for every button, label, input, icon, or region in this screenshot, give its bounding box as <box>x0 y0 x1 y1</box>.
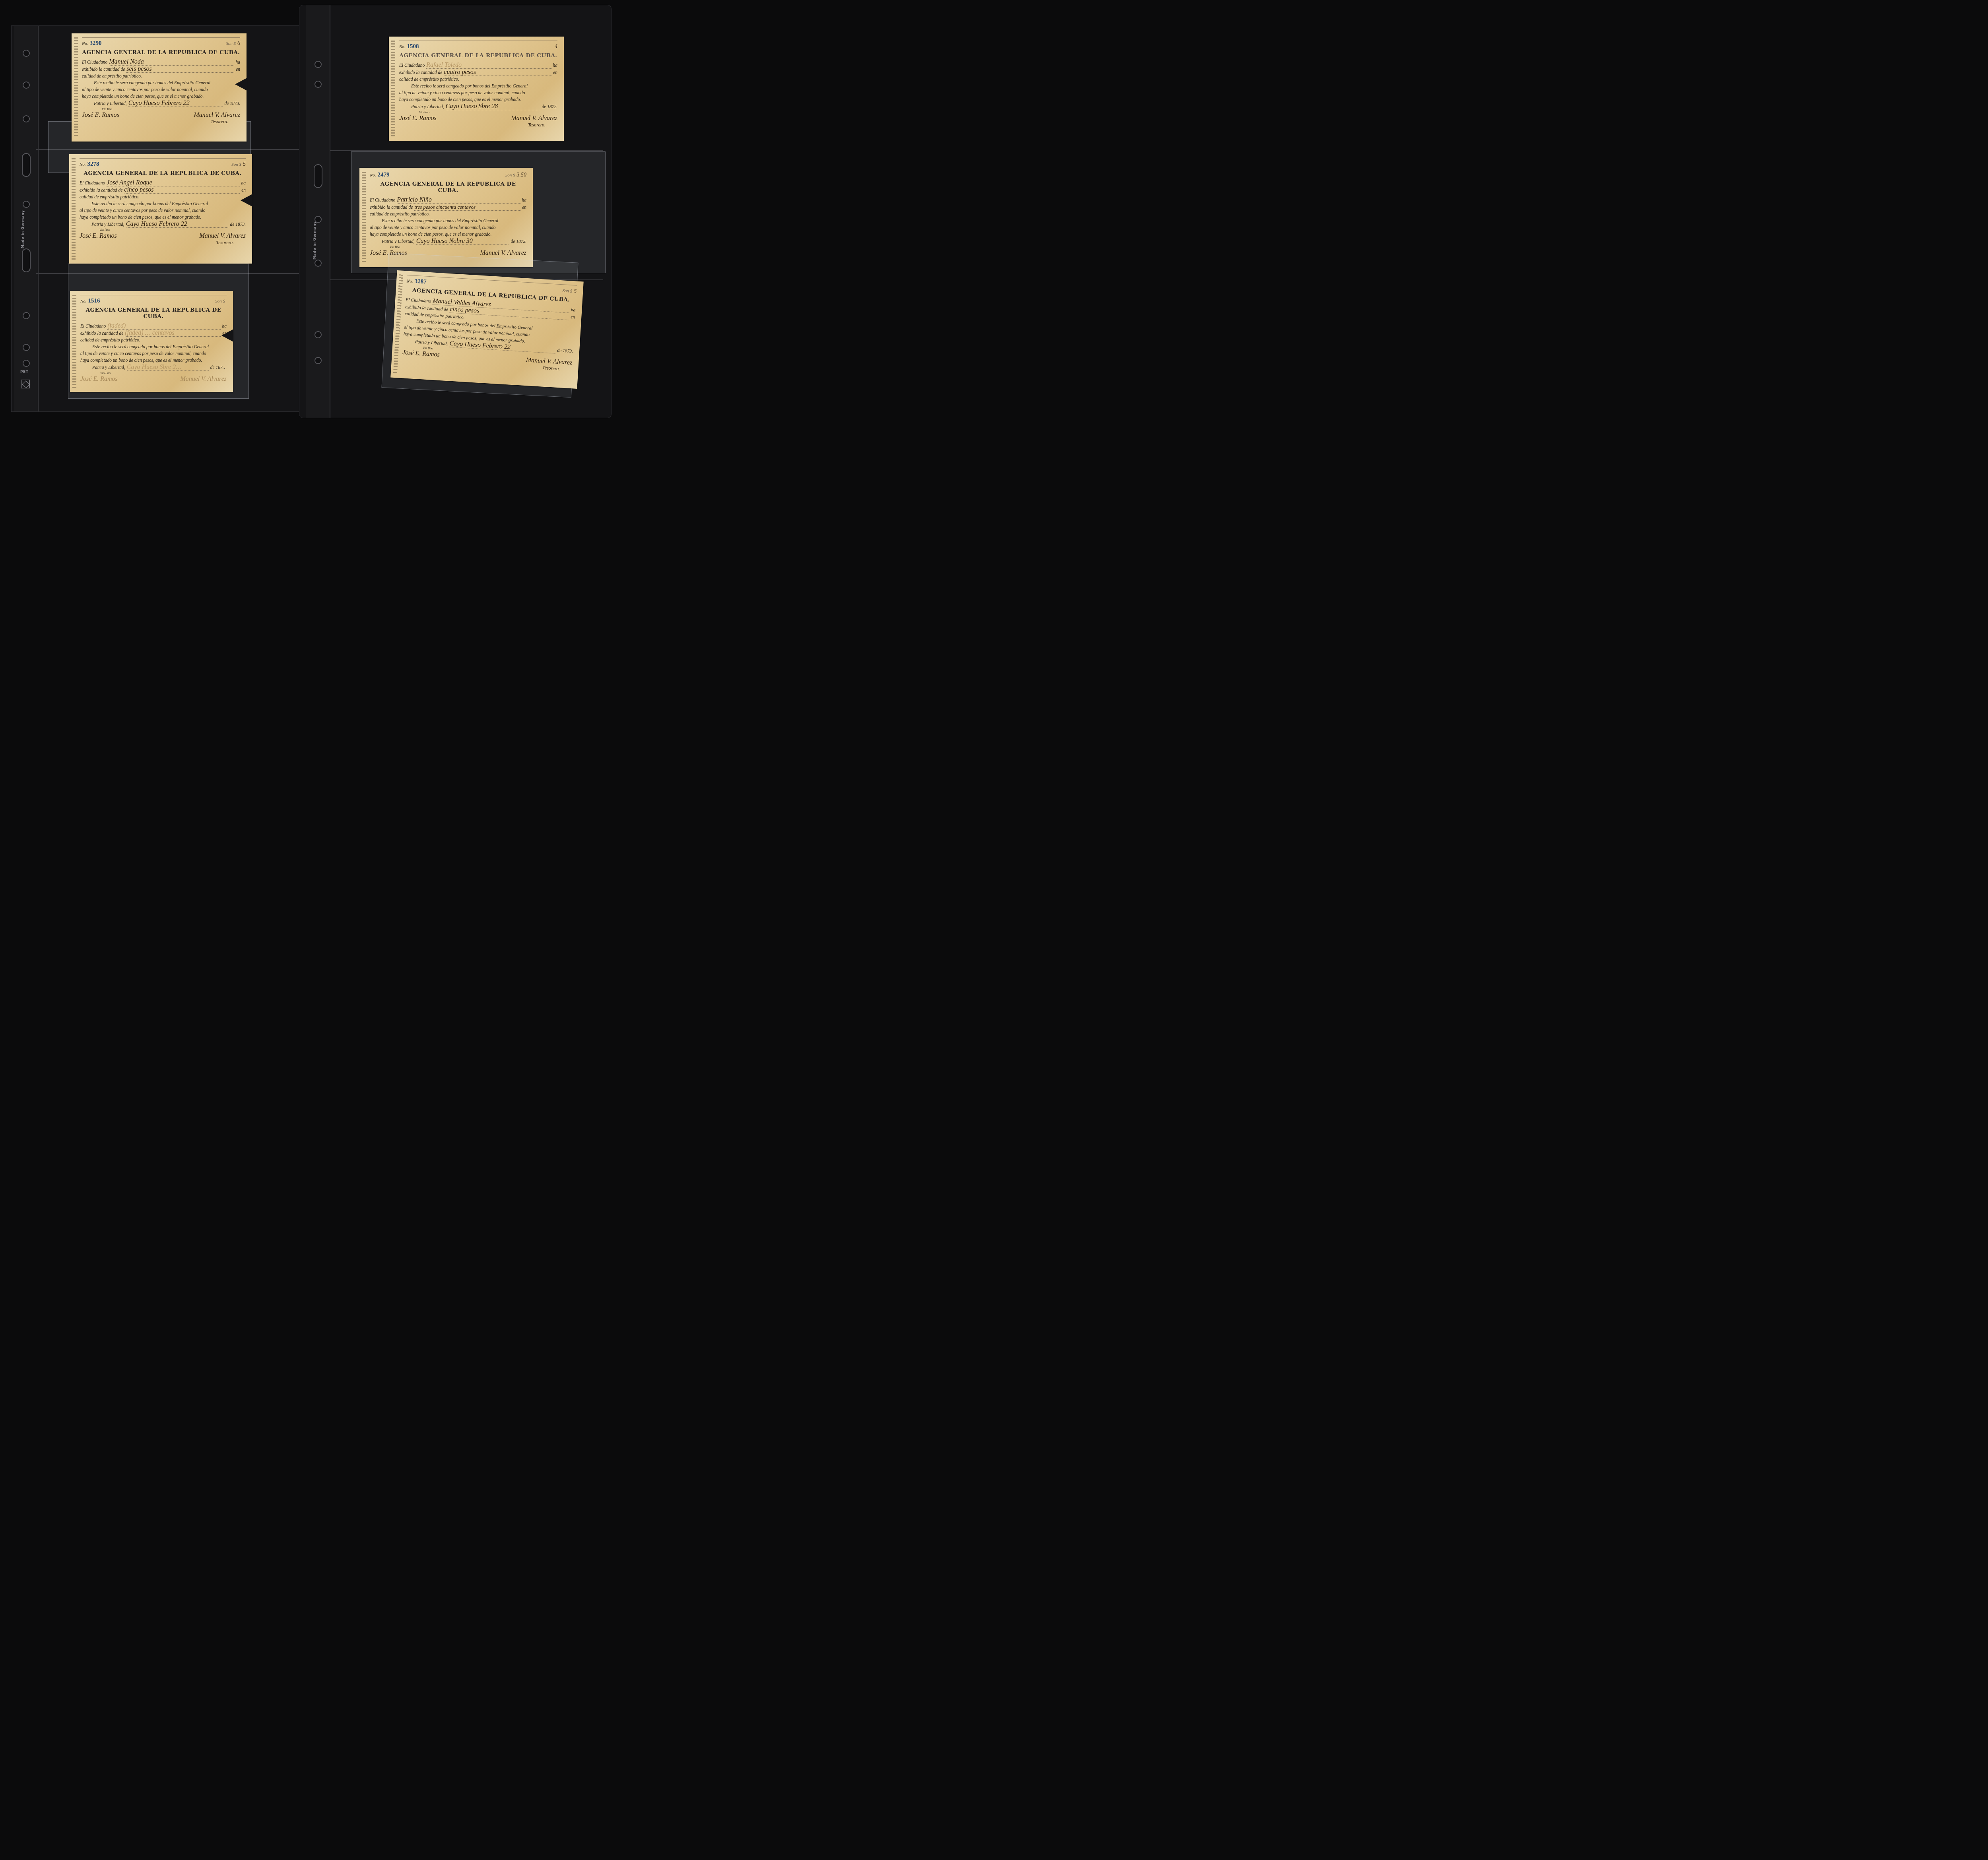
terms-line-2: al tipo de veinte y cinco centavos por p… <box>399 90 557 97</box>
binder-hole <box>23 50 30 57</box>
treasurer-signature: Manuel V. Alvarez <box>180 376 227 383</box>
son-value: 4 <box>555 44 557 50</box>
son-label: Son $ <box>226 41 236 46</box>
pocket-divider <box>330 150 603 151</box>
treasurer-signature: Manuel V. Alvarez <box>480 250 526 257</box>
ha-label: ha <box>553 62 558 69</box>
exhibido-label: exhibido la cantidad de <box>80 187 122 194</box>
ha-label: ha <box>571 307 576 314</box>
binder-hole <box>23 81 30 89</box>
de-label: de <box>224 101 229 107</box>
patria-label: Patria y Libertad, <box>382 239 415 245</box>
binder-hole <box>23 312 30 319</box>
cantidad-value: tres pesos cincuenta centavos <box>414 204 520 211</box>
son-value: 5 <box>243 161 246 167</box>
exhibido-label: exhibido la cantidad de <box>82 66 125 73</box>
calidad-line: calidad de empréstito patriótico. <box>399 76 557 83</box>
son-label: Son $ <box>231 162 241 167</box>
serial-number: 2479 <box>378 172 390 178</box>
serial-number: 3290 <box>90 40 102 47</box>
cantidad-value: cinco pesos <box>124 187 240 194</box>
serial-number: 1516 <box>88 298 100 304</box>
ciudadano-label: El Ciudadano <box>80 323 106 330</box>
made-in-germany-emboss: Made in Germany <box>313 221 317 260</box>
no-label: No. <box>82 41 88 46</box>
no-label: No. <box>80 162 86 167</box>
binder-hole <box>23 344 30 351</box>
ciudadano-label: El Ciudadano <box>80 180 105 187</box>
no-label: No. <box>407 279 413 284</box>
exhibido-label: exhibido la cantidad de <box>370 204 413 211</box>
no-label: No. <box>399 45 406 49</box>
year: 187… <box>216 365 227 371</box>
year: 1872. <box>547 104 557 111</box>
treasurer-signature: Manuel V. Alvarez <box>194 112 240 119</box>
terms-line-3: haya completado un bono de cien pesos, q… <box>80 214 246 221</box>
terms-line-3: haya completado un bono de cien pesos, q… <box>80 357 227 364</box>
terms-line-1: Este recibo le será cangeado por bonos d… <box>82 80 240 87</box>
pet-emboss: PET <box>20 370 28 374</box>
serial-number: 1508 <box>407 43 419 50</box>
ciudadano-label: El Ciudadano <box>399 62 425 69</box>
en-label: en <box>571 314 575 321</box>
countersign-signature: José E. Ramos <box>80 233 117 240</box>
de-label: de <box>210 365 215 371</box>
terms-line-1: Este recibo le será cangeado por bonos d… <box>370 218 526 225</box>
calidad-line: calidad de empréstito patriótico. <box>80 194 246 201</box>
ciudadano-name: José Angel Roque <box>107 180 239 186</box>
torn-notch <box>241 194 252 207</box>
visto-bueno-label: Vto Bno <box>100 371 227 375</box>
receipt-title: AGENCIA GENERAL DE LA REPUBLICA DE CUBA. <box>82 49 240 56</box>
patria-label: Patria y Libertad, <box>91 221 124 228</box>
place-date: Cayo Hueso Sbre 28 <box>446 103 540 110</box>
visto-bueno-label: Vto Bno <box>390 245 526 249</box>
countersign-signature: José E. Ramos <box>80 376 118 383</box>
patria-label: Patria y Libertad, <box>94 101 127 107</box>
year: 1873. <box>235 221 246 228</box>
binder-hole <box>315 331 322 338</box>
place-date: Cayo Hueso Febrero 22 <box>126 221 229 228</box>
binder-hole <box>315 260 322 267</box>
binder-slot <box>314 164 322 188</box>
visto-bueno-label: Vto Bno <box>102 107 240 111</box>
place-date: Cayo Hueso Sbre 2… <box>127 364 209 371</box>
binder-hole <box>315 61 322 68</box>
countersign-signature: José E. Ramos <box>82 112 119 119</box>
ciudadano-label: El Ciudadano <box>82 59 107 66</box>
de-label: de <box>230 221 234 228</box>
year: 1873. <box>563 348 573 355</box>
terms-line-3: haya completado un bono de cien pesos, q… <box>82 93 240 100</box>
year: 1872. <box>516 239 526 245</box>
terms-line-3: haya completado un bono de cien pesos, q… <box>399 97 557 103</box>
calidad-line: calidad de empréstito patriótico. <box>80 337 227 344</box>
terms-line-2: al tipo de veinte y cinco centavos por p… <box>82 87 240 93</box>
torn-notch <box>235 78 247 91</box>
son-value: 3.50 <box>517 172 527 178</box>
binder-slot <box>22 248 31 272</box>
receipt-title: AGENCIA GENERAL DE LA REPUBLICA DE CUBA. <box>370 181 526 194</box>
son-value: 6 <box>237 41 240 47</box>
ciudadano-label: El Ciudadano <box>370 197 395 204</box>
cantidad-value: seis pesos <box>126 66 234 73</box>
binder-hole <box>23 201 30 208</box>
serial-number: 3278 <box>87 161 99 167</box>
receipt-card: No.2479 Son $3.50 AGENCIA GENERAL DE LA … <box>359 168 533 267</box>
receipt-card: No.3278 Son $5 AGENCIA GENERAL DE LA REP… <box>69 154 252 264</box>
serial-number: 3287 <box>414 278 427 285</box>
binder-margin-strip: Made in Germany <box>306 5 330 418</box>
visto-bueno-label: Vto Bno <box>99 228 246 232</box>
ha-label: ha <box>241 180 246 187</box>
stamp-logo-icon <box>21 380 30 388</box>
place-date: Cayo Hueso Febrero 22 <box>128 100 223 107</box>
calidad-line: calidad de empréstito patriótico. <box>82 73 240 80</box>
tesorero-label: Tesorero. <box>80 240 234 246</box>
exhibido-label: exhibido la cantidad de <box>399 70 442 76</box>
terms-line-1: Este recibo le será cangeado por bonos d… <box>399 83 557 90</box>
countersign-signature: José E. Ramos <box>399 115 437 122</box>
binder-slot <box>22 153 31 177</box>
calidad-line: calidad de empréstito patriótico. <box>370 211 526 218</box>
ciudadano-name: Patricio Niño <box>397 197 520 204</box>
terms-line-2: al tipo de veinte y cinco centavos por p… <box>370 225 526 231</box>
exhibido-label: exhibido la cantidad de <box>80 330 123 337</box>
binder-hole <box>23 115 30 122</box>
receipt-title: AGENCIA GENERAL DE LA REPUBLICA DE CUBA. <box>80 170 246 176</box>
receipt-card: No.1516 Son $ AGENCIA GENERAL DE LA REPU… <box>70 291 233 392</box>
torn-notch <box>221 329 233 342</box>
de-label: de <box>557 347 562 355</box>
no-label: No. <box>80 299 87 304</box>
ciudadano-name: (faded) <box>107 323 220 330</box>
en-label: en <box>241 187 246 194</box>
de-label: de <box>542 104 546 111</box>
binder-hole <box>23 360 30 367</box>
receipt-card: No.3287 Son $5 AGENCIA GENERAL DE LA REP… <box>390 270 584 389</box>
terms-line-3: haya completado un bono de cien pesos, q… <box>370 231 526 238</box>
treasurer-signature: Manuel V. Alvarez <box>511 115 557 122</box>
ha-label: ha <box>522 197 527 204</box>
en-label: en <box>236 66 240 73</box>
terms-line-1: Este recibo le será cangeado por bonos d… <box>80 344 227 351</box>
son-value: 5 <box>574 288 577 294</box>
de-label: de <box>511 239 515 245</box>
receipt-title: AGENCIA GENERAL DE LA REPUBLICA DE CUBA. <box>399 52 557 59</box>
cantidad-value: (faded) … centavos <box>125 330 221 337</box>
patria-label: Patria y Libertad, <box>411 104 444 111</box>
binder-margin-strip: Made in Germany PET <box>14 26 39 411</box>
no-label: No. <box>370 173 376 178</box>
treasurer-signature: Manuel V. Alvarez <box>199 233 246 240</box>
place-date: Cayo Hueso Nobre 30 <box>416 238 509 245</box>
tesorero-label: Tesorero. <box>82 119 228 125</box>
en-label: en <box>522 204 526 211</box>
terms-line-2: al tipo de veinte y cinco centavos por p… <box>80 208 246 214</box>
binder-hole <box>315 81 322 88</box>
en-label: en <box>553 70 557 76</box>
made-in-germany-emboss: Made in Germany <box>21 210 25 249</box>
tesorero-label: Tesorero. <box>399 122 546 128</box>
receipt-card: No.1508 4 AGENCIA GENERAL DE LA REPUBLIC… <box>389 37 564 141</box>
terms-line-2: al tipo de veinte y cinco centavos por p… <box>80 351 227 357</box>
son-label: Son $ <box>505 173 515 178</box>
son-label: Son $ <box>215 299 225 304</box>
ciudadano-name: Manuel Noda <box>109 59 234 66</box>
terms-line-1: Este recibo le será cangeado por bonos d… <box>80 201 246 208</box>
ciudadano-name: Rafael Toledo <box>426 62 551 69</box>
binder-hole <box>315 357 322 364</box>
receipt-title: AGENCIA GENERAL DE LA REPUBLICA DE CUBA. <box>80 307 227 320</box>
visto-bueno-label: Vto Bno <box>419 111 557 114</box>
receipt-card: No.3290 Son $6 AGENCIA GENERAL DE LA REP… <box>72 33 247 142</box>
patria-label: Patria y Libertad, <box>92 365 125 371</box>
cantidad-value: cuatro pesos <box>444 69 551 76</box>
ha-label: ha <box>236 59 241 66</box>
year: 1873. <box>230 101 240 107</box>
son-label: Son $ <box>562 288 572 293</box>
